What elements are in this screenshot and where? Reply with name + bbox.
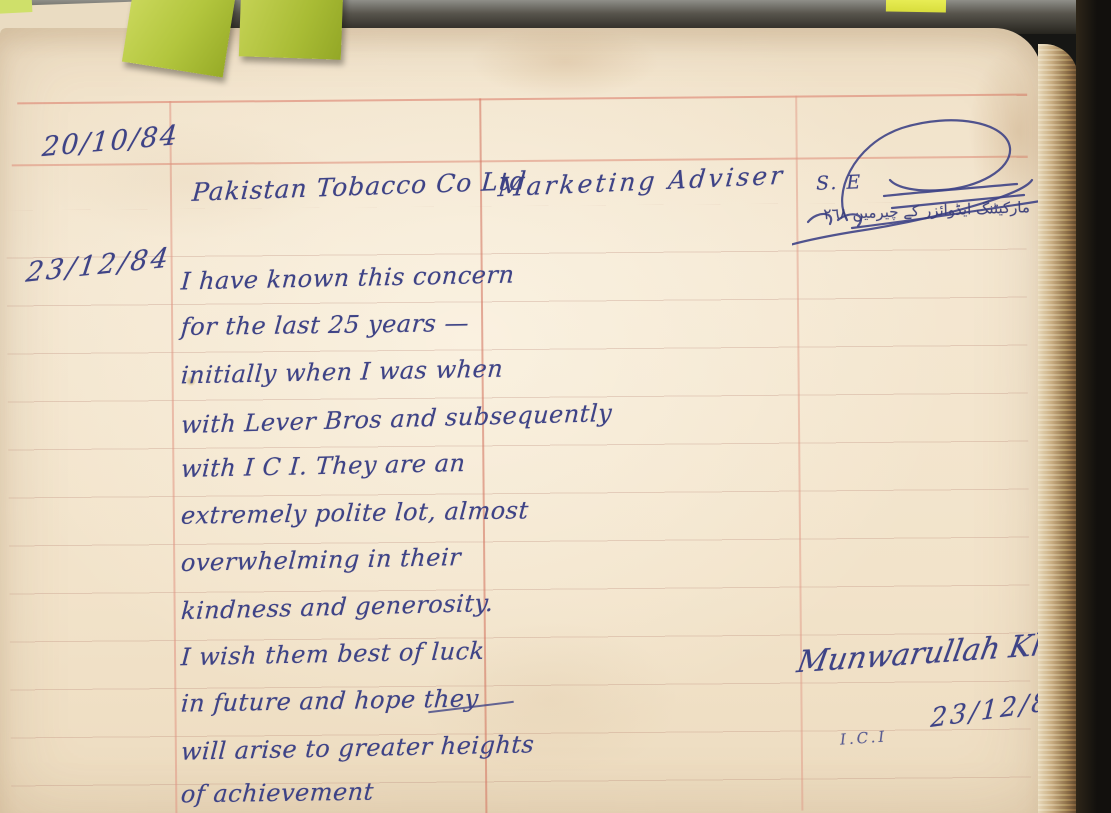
scanned-guest-book-page: 20/10/84 Pakistan Tobacco Co Ltd Marketi… xyxy=(0,0,1111,813)
remark-line: initially when I was when xyxy=(180,357,504,388)
sticky-note-green-2 xyxy=(239,0,343,60)
entry2-signature-company: I.C.I xyxy=(840,729,888,747)
sticky-tab-yellow xyxy=(886,0,946,13)
remark-line: for the last 25 years — xyxy=(180,311,470,339)
remark-line: I have known this concern xyxy=(180,262,515,293)
remark-line: will arise to greater heights xyxy=(180,732,535,763)
entry1-signature-initials: S. E xyxy=(816,173,863,194)
book-cover-right xyxy=(1076,0,1111,813)
remark-line: overwhelming in their xyxy=(180,545,462,575)
remark-line: of achievement xyxy=(180,780,375,807)
sticky-tab-small-left xyxy=(0,0,32,14)
remark-line: I wish them best of luck xyxy=(180,639,485,669)
page-edge-stack xyxy=(1038,44,1078,813)
remark-line: with I C I. They are an xyxy=(180,451,466,481)
remark-line: extremely polite lot, almost xyxy=(180,498,529,527)
